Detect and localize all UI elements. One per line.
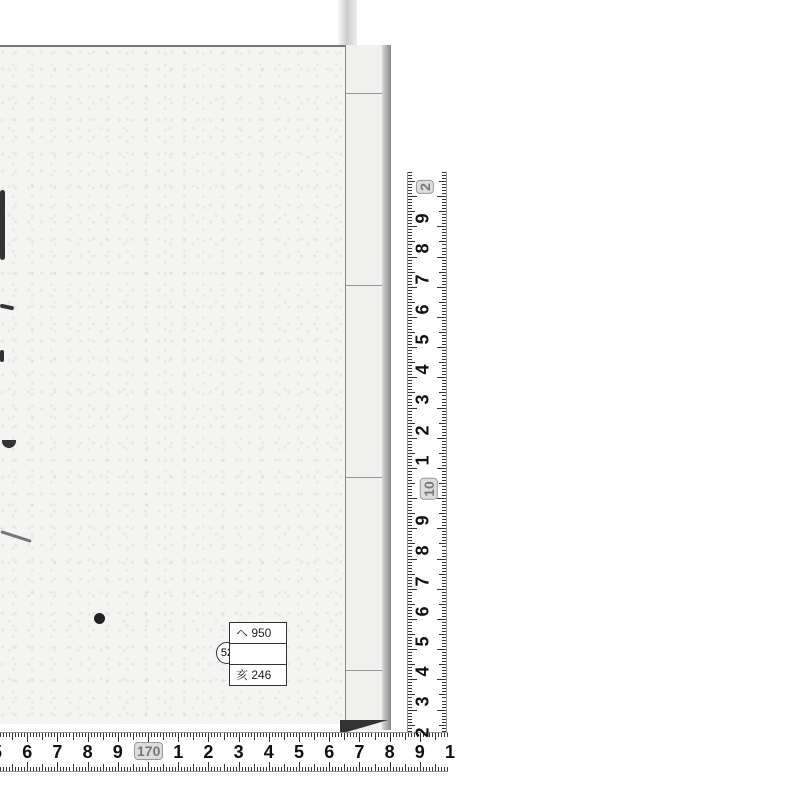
ruler-tick xyxy=(408,172,412,173)
ruler-tick xyxy=(408,226,417,227)
ruler-tick xyxy=(199,767,200,771)
ruler-tick xyxy=(408,299,412,300)
ruler-tick xyxy=(442,685,446,686)
ruler-tick xyxy=(27,733,28,742)
ruler-tick xyxy=(442,622,446,623)
ruler-tick xyxy=(442,489,446,490)
binding-stitch xyxy=(346,670,382,671)
ruler-tick xyxy=(442,613,446,614)
ruler-tick xyxy=(442,229,446,230)
ruler-tick xyxy=(408,634,415,635)
ruler-tick xyxy=(405,733,406,740)
ruler-tick xyxy=(408,371,412,372)
ruler-tick xyxy=(248,733,249,737)
ruler-tick xyxy=(344,764,345,771)
ruler-tick xyxy=(365,767,366,771)
ruler-tick xyxy=(100,767,101,771)
ruler-tick xyxy=(196,733,197,737)
ruler-tick xyxy=(442,731,446,732)
ruler-tick xyxy=(236,767,237,771)
ruler-tick xyxy=(408,320,412,321)
ruler-tick xyxy=(442,537,446,538)
ruler-tick xyxy=(311,733,312,737)
ruler-tick xyxy=(408,438,417,439)
ruler-tick xyxy=(442,214,446,215)
ruler-tick xyxy=(91,733,92,737)
ruler-tick xyxy=(100,733,101,737)
ruler-tick xyxy=(408,574,415,575)
ruler-tick xyxy=(308,733,309,737)
ruler-tick xyxy=(408,175,412,176)
ruler-tick xyxy=(442,235,446,236)
ruler-tick xyxy=(160,733,161,737)
ruler-label: 7 xyxy=(413,274,434,284)
ruler-tick xyxy=(408,537,412,538)
ruler-tick xyxy=(148,733,149,742)
ruler-tick xyxy=(408,196,417,197)
ruler-tick xyxy=(439,694,446,695)
ruler-tick xyxy=(442,701,446,702)
ruler-tick xyxy=(408,704,412,705)
ruler-tick xyxy=(9,733,10,737)
ruler-tick xyxy=(408,284,412,285)
ruler-tick xyxy=(402,767,403,771)
ruler-tick xyxy=(408,323,412,324)
ruler-tick xyxy=(408,444,412,445)
ruler-tick xyxy=(408,468,417,469)
ruler-tick xyxy=(442,305,446,306)
ruler-tick xyxy=(236,733,237,737)
ruler-tick xyxy=(408,296,412,297)
ruler-tick xyxy=(408,483,415,484)
ruler-tick xyxy=(317,733,318,737)
ruler-label: 6 xyxy=(413,606,434,616)
ruler-tick xyxy=(408,426,412,427)
ruler-tick xyxy=(63,767,64,771)
ruler-tick xyxy=(381,767,382,771)
ruler-tick xyxy=(437,438,446,439)
ruler-tick xyxy=(442,220,446,221)
ruler-tick xyxy=(142,767,143,771)
ruler-tick xyxy=(408,311,412,312)
ruler-tick xyxy=(442,447,446,448)
ruler-tick xyxy=(341,767,342,771)
ruler-tick xyxy=(442,441,446,442)
ruler-tick xyxy=(335,733,336,737)
ruler-tick xyxy=(15,733,16,737)
ruler-tick xyxy=(438,733,439,737)
ruler-tick xyxy=(408,317,417,318)
ruler-tick xyxy=(408,405,412,406)
ruler-tick xyxy=(130,767,131,771)
ruler-tick xyxy=(439,241,446,242)
ruler-tick xyxy=(263,767,264,771)
ruler-tick xyxy=(442,344,446,345)
ruler-tick xyxy=(442,444,446,445)
ruler-tick xyxy=(408,459,412,460)
ruler-tick xyxy=(408,389,412,390)
ruler-tick xyxy=(172,767,173,771)
ruler-label: 6 xyxy=(413,304,434,314)
ruler-tick xyxy=(408,314,412,315)
ruler-tick xyxy=(151,733,152,737)
ruler-label: 3 xyxy=(413,697,434,707)
ruler-tick xyxy=(442,531,446,532)
ruler-tick xyxy=(211,767,212,771)
ruler-tick xyxy=(442,356,446,357)
ruler-tick xyxy=(442,417,446,418)
ruler-tick xyxy=(106,767,107,771)
ruler-tick xyxy=(408,513,415,514)
ruler-tick xyxy=(408,432,412,433)
ruler-tick xyxy=(442,546,446,547)
ruler-tick xyxy=(408,571,412,572)
ruler-tick xyxy=(190,767,191,771)
ruler-tick xyxy=(127,733,128,737)
ruler-tick xyxy=(63,733,64,737)
ruler-tick xyxy=(442,610,446,611)
ruler-tick xyxy=(97,767,98,771)
ruler-tick xyxy=(224,733,225,740)
ruler-tick xyxy=(442,562,446,563)
ruler-tick xyxy=(239,762,240,771)
ruler-tick xyxy=(442,338,446,339)
ruler-tick xyxy=(408,187,412,188)
ruler-tick xyxy=(439,211,446,212)
ruler-tick xyxy=(408,392,415,393)
ruler-label: 2 xyxy=(203,742,213,763)
ruler-tick xyxy=(202,767,203,771)
ruler-tick xyxy=(408,199,412,200)
ruler-tick xyxy=(299,733,300,742)
ruler-label: 6 xyxy=(22,742,32,763)
ruler-tick xyxy=(106,733,107,737)
label-row xyxy=(230,644,286,665)
ruler-tick xyxy=(442,728,446,729)
ruler-tick xyxy=(181,767,182,771)
ruler-tick xyxy=(390,733,391,742)
ruler-tick xyxy=(408,601,412,602)
ruler-tick xyxy=(60,767,61,771)
ruler-tick xyxy=(408,193,412,194)
ruler-tick xyxy=(124,733,125,737)
ruler-tick xyxy=(442,704,446,705)
ruler-tick xyxy=(175,733,176,737)
ruler-tick xyxy=(423,767,424,771)
ruler-tick xyxy=(444,767,445,771)
ruler-tick xyxy=(66,733,67,737)
ruler-tick xyxy=(408,359,412,360)
ruler-tick xyxy=(441,767,442,771)
ruler-tick xyxy=(408,688,412,689)
ruler-tick xyxy=(393,733,394,737)
ruler-tick xyxy=(45,733,46,737)
ruler-tick xyxy=(145,733,146,737)
ruler-tick xyxy=(290,733,291,737)
ruler-tick xyxy=(317,767,318,771)
ruler-tick xyxy=(24,733,25,737)
ruler-tick xyxy=(109,733,110,737)
ruler-tick xyxy=(320,733,321,737)
ruler-tick xyxy=(442,284,446,285)
ruler-tick xyxy=(278,733,279,737)
ruler-tick xyxy=(260,767,261,771)
ruler-tick xyxy=(54,767,55,771)
ruler-tick xyxy=(444,733,445,737)
ruler-tick xyxy=(266,733,267,737)
ruler-tick xyxy=(344,733,345,740)
ruler-tick xyxy=(124,767,125,771)
ruler-tick xyxy=(408,525,412,526)
ruler-tick xyxy=(442,314,446,315)
ruler-tick xyxy=(24,767,25,771)
ruler-tick xyxy=(196,767,197,771)
ruler-tick xyxy=(442,341,446,342)
ruler-tick xyxy=(154,767,155,771)
ruler-tick xyxy=(308,767,309,771)
ruler-tick xyxy=(408,417,412,418)
ruler-tick xyxy=(408,435,412,436)
ruler-tick xyxy=(245,767,246,771)
ruler-tick xyxy=(442,199,446,200)
ruler-tick xyxy=(115,733,116,737)
ruler-tick xyxy=(442,571,446,572)
ruler-tick xyxy=(378,767,379,771)
ruler-tick xyxy=(442,459,446,460)
ruler-tick xyxy=(408,501,412,502)
ruler-tick xyxy=(408,607,412,608)
ruler-tick xyxy=(220,767,221,771)
ruler-tick xyxy=(408,202,412,203)
ruler-tick xyxy=(442,568,446,569)
ruler-tick xyxy=(408,697,412,698)
ruler-tick xyxy=(442,263,446,264)
ruler-tick xyxy=(408,423,415,424)
ruler-tick xyxy=(408,205,412,206)
ruler-tick xyxy=(442,380,446,381)
ruler-tick xyxy=(402,733,403,737)
ruler-tick xyxy=(396,767,397,771)
ruler-tick xyxy=(442,540,446,541)
ruler-tick xyxy=(118,762,119,771)
ruler-tick xyxy=(408,673,412,674)
ruler-tick xyxy=(408,278,412,279)
ruler-tick xyxy=(408,420,412,421)
ruler-tick xyxy=(335,767,336,771)
ruler-label: 6 xyxy=(324,742,334,763)
ruler-tick xyxy=(442,414,446,415)
ruler-tick xyxy=(408,450,412,451)
ruler-tick xyxy=(393,767,394,771)
ruler-tick xyxy=(442,595,446,596)
ruler-tick xyxy=(82,733,83,737)
ruler-tick xyxy=(375,764,376,771)
ruler-tick xyxy=(133,733,134,740)
ruler-tick xyxy=(408,456,412,457)
ruler-tick xyxy=(21,733,22,737)
ruler-tick xyxy=(299,762,300,771)
ruler-tick xyxy=(347,767,348,771)
ruler-tick xyxy=(408,682,412,683)
ruler-tick xyxy=(408,214,412,215)
ruler-tick xyxy=(73,764,74,771)
ruler-tick xyxy=(202,733,203,737)
ruler-tick xyxy=(109,767,110,771)
ruler-tick xyxy=(408,498,417,499)
ruler-tick xyxy=(230,767,231,771)
ruler-tick xyxy=(408,238,412,239)
ruler-tick xyxy=(439,272,446,273)
ruler-tick xyxy=(408,610,412,611)
ruler-tick xyxy=(439,483,446,484)
ruler-tick xyxy=(184,767,185,771)
ruler-tick xyxy=(411,767,412,771)
ruler-tick xyxy=(208,733,209,742)
ruler-tick xyxy=(284,733,285,740)
ruler-tick xyxy=(442,238,446,239)
ruler-tick xyxy=(442,435,446,436)
ruler-tick xyxy=(323,767,324,771)
ruler-tick xyxy=(326,767,327,771)
ruler-tick xyxy=(442,202,446,203)
ruler-tick xyxy=(121,733,122,737)
ruler-tick xyxy=(442,697,446,698)
ruler-tick xyxy=(442,477,446,478)
ruler-tick xyxy=(214,767,215,771)
ruler-tick xyxy=(439,453,446,454)
ruler-tick xyxy=(45,767,46,771)
ruler-tick xyxy=(408,269,412,270)
ruler-tick xyxy=(439,513,446,514)
ruler-tick xyxy=(338,767,339,771)
ruler-tick xyxy=(396,733,397,737)
ruler-tick xyxy=(442,432,446,433)
ruler-tick xyxy=(18,733,19,737)
ruler-tick xyxy=(408,619,417,620)
ruler-tick xyxy=(408,471,412,472)
ruler-tick xyxy=(442,353,446,354)
ruler-tick xyxy=(442,374,446,375)
ruler-tick xyxy=(408,244,412,245)
ruler-tick xyxy=(18,767,19,771)
ruler-tick xyxy=(408,408,417,409)
ruler-tick xyxy=(408,670,412,671)
ruler-tick xyxy=(408,504,412,505)
ruler-tick xyxy=(408,707,412,708)
ruler-tick xyxy=(437,377,446,378)
ruler-tick xyxy=(408,701,412,702)
ruler-label: 8 xyxy=(413,244,434,254)
ruler-tick xyxy=(442,248,446,249)
ruler-tick xyxy=(442,323,446,324)
ruler-tick xyxy=(408,217,412,218)
ruler-label: 8 xyxy=(83,742,93,763)
ruler-tick xyxy=(437,649,446,650)
ruler-tick xyxy=(254,733,255,740)
ruler-tick xyxy=(442,577,446,578)
ruler-tick xyxy=(260,733,261,737)
ruler-tick xyxy=(193,733,194,740)
ink-dot xyxy=(94,613,105,624)
ruler-tick xyxy=(408,414,412,415)
book-cover xyxy=(0,45,345,724)
ruler-tick xyxy=(408,260,412,261)
ruler-tick xyxy=(408,528,417,529)
ruler-tick xyxy=(127,767,128,771)
ruler-tick xyxy=(399,733,400,737)
ruler-tick xyxy=(408,546,412,547)
ruler-tick xyxy=(442,465,446,466)
ruler-tick xyxy=(408,220,412,221)
ruler-tick xyxy=(269,762,270,771)
ruler-tick xyxy=(442,326,446,327)
ruler-tick xyxy=(384,767,385,771)
ruler-tick xyxy=(408,568,412,569)
ruler-tick xyxy=(408,287,417,288)
ruler-tick xyxy=(408,534,412,535)
ruler-tick xyxy=(442,716,446,717)
ruler-tick xyxy=(408,350,412,351)
ruler-tick xyxy=(442,522,446,523)
ruler-tick xyxy=(184,733,185,737)
ruler-label: 9 xyxy=(113,742,123,763)
ruler-tick xyxy=(48,733,49,737)
ruler-tick xyxy=(442,580,446,581)
ruler-tick xyxy=(442,501,446,502)
ruler-tick xyxy=(302,767,303,771)
ruler-tick xyxy=(442,223,446,224)
ruler-tick xyxy=(112,767,113,771)
ruler-tick xyxy=(6,767,7,771)
ruler-tick xyxy=(115,767,116,771)
ruler-tick xyxy=(429,767,430,771)
ruler-tick xyxy=(181,733,182,737)
ruler-tick xyxy=(408,728,412,729)
ruler-tick xyxy=(442,661,446,662)
ruler-tick xyxy=(378,733,379,737)
ruler-tick xyxy=(408,613,412,614)
ruler-tick xyxy=(408,353,412,354)
ruler-tick xyxy=(439,725,446,726)
ruler-tick xyxy=(408,241,415,242)
ruler-tick xyxy=(287,733,288,737)
ruler-tick xyxy=(408,580,412,581)
ruler-tick xyxy=(405,764,406,771)
ruler-tick xyxy=(439,302,446,303)
ruler-tick xyxy=(272,733,273,737)
ruler-tick xyxy=(88,762,89,771)
ruler-tick xyxy=(435,733,436,740)
ruler-tick xyxy=(442,592,446,593)
ruler-tick xyxy=(66,767,67,771)
ruler-tick xyxy=(442,495,446,496)
ruler-tick xyxy=(442,507,446,508)
ruler-tick xyxy=(408,266,412,267)
ruler-tick xyxy=(408,332,415,333)
ruler-tick xyxy=(442,652,446,653)
ruler-tick xyxy=(284,764,285,771)
ruler-tick xyxy=(442,670,446,671)
ruler-tick xyxy=(442,402,446,403)
ruler-tick xyxy=(163,764,164,771)
ruler-tick xyxy=(408,731,412,732)
ruler-tick xyxy=(408,658,412,659)
ruler-tick xyxy=(187,767,188,771)
ruler-tick xyxy=(442,411,446,412)
ruler-tick xyxy=(3,733,4,737)
ruler-tick xyxy=(408,447,412,448)
ruler-tick xyxy=(314,764,315,771)
